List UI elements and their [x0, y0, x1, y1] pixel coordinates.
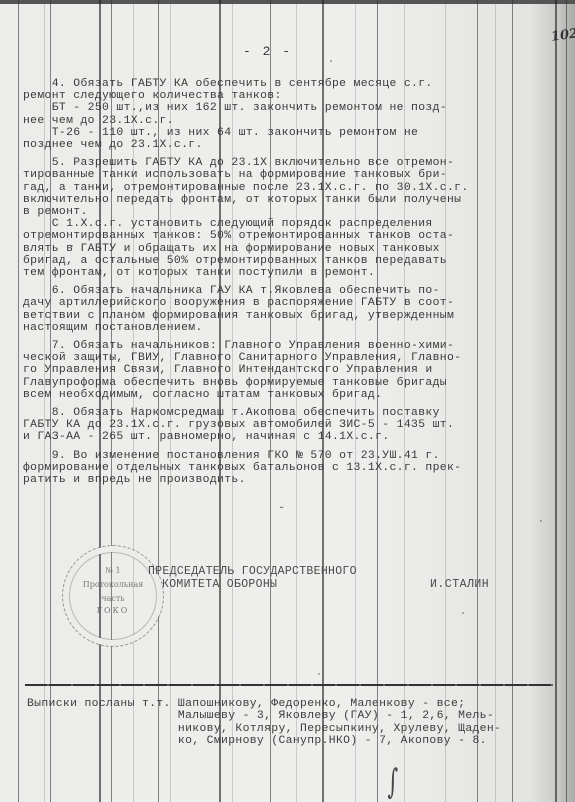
distribution-line: ко, Смирнову (Санупр.НКО) - 7, Акопову -… [27, 735, 501, 747]
scan-speck [318, 673, 320, 675]
text-line: позднее чем до 23.1Х.с.г. [23, 139, 558, 151]
text-line: Главупроформа обеспечить вновь формируем… [23, 377, 558, 389]
handwritten-brace-mark: ∫ [388, 762, 399, 802]
distribution-line: Малышеву - 3, Яковлеву (ГАУ) - 1, 2,6, М… [27, 710, 501, 722]
signer-name: И.СТАЛИН [430, 578, 489, 591]
text-line: ремонт следующего количества танков: [23, 90, 558, 102]
paragraph-p9: 9. Во изменение постановления ГКО № 570 … [23, 450, 558, 487]
text-line: го Управления Связи, Главного Интендантс… [23, 364, 558, 376]
text-line: С 1.Х.с.г. установить следующий порядок … [23, 218, 558, 230]
distribution-line: Выписки посланы т.т. Шапошникову, Федоре… [27, 698, 501, 710]
signature-title-line: КОМИТЕТА ОБОРОНЫ [148, 578, 357, 591]
distribution-line: никову, Котляру, Пересыпкину, Хрулеву, Щ… [27, 723, 501, 735]
paragraph-p8: 8. Обязать Наркомсредмаш т.Акопова обесп… [23, 407, 558, 444]
text-line: включительно передать фронтам, от которы… [23, 194, 558, 206]
text-line: ГАБТУ КА до 23.1Х.с.г. грузовых автомоби… [23, 419, 558, 431]
text-line: и ГАЗ-АА - 265 шт. равномерно, начиная с… [23, 431, 558, 443]
document-page: - 2 - 102 4. Обязать ГАБТУ КА обеспечить… [0, 0, 575, 802]
text-line: 7. Обязать начальников: Главного Управле… [23, 340, 558, 352]
scan-line [18, 0, 19, 802]
text-line: всем необходимым, согласно штатам танков… [23, 389, 558, 401]
scan-speck [540, 520, 542, 522]
paragraph-p5: 5. Разрешить ГАБТУ КА до 23.1Х включител… [23, 157, 558, 218]
signature-title-line: ПРЕДСЕДАТЕЛЬ ГОСУДАРСТВЕННОГО [148, 565, 357, 578]
scan-speck [330, 60, 332, 62]
text-line: 9. Во изменение постановления ГКО № 570 … [23, 450, 558, 462]
stamp-org: ГОКО [63, 606, 163, 615]
text-line: дачу артиллерийского вооружения в распор… [23, 297, 558, 309]
decree-body: 4. Обязать ГАБТУ КА обеспечить в сентябр… [23, 78, 558, 492]
stamp-text: часть [63, 594, 163, 603]
text-line: ческой защиты, ГВИУ, Главного Санитарног… [23, 352, 558, 364]
paragraph-p7: 7. Обязать начальников: Главного Управле… [23, 340, 558, 401]
text-line: тем фронтам, от которых танки поступили … [23, 267, 558, 279]
text-line: бригад, а остальные 50% отремонтированны… [23, 255, 558, 267]
text-line: влять в ГАБТУ и обращать их на формирова… [23, 243, 558, 255]
paragraph-p5b: С 1.Х.с.г. установить следующий порядок … [23, 218, 558, 279]
text-line: тированные танки использовать на формиро… [23, 169, 558, 181]
text-line: Т-26 - 110 шт., из них 64 шт. закончить … [23, 127, 558, 139]
text-line: БТ - 250 шт.,из них 162 шт. закончить ре… [23, 102, 558, 114]
paragraph-p6: 6. Обязать начальника ГАУ КА т.Яковлева … [23, 285, 558, 334]
handwritten-tick-mark: ˘ [278, 505, 285, 519]
text-line: нее чем до 23.1Х.с.г. [23, 115, 558, 127]
scan-line [566, 0, 567, 802]
scan-speck [462, 612, 464, 614]
text-line: отремонтированных танков: 50% отремонтир… [23, 230, 558, 242]
section-divider [25, 684, 553, 686]
text-line: 4. Обязать ГАБТУ КА обеспечить в сентябр… [23, 78, 558, 90]
page-number: - 2 - [243, 44, 292, 59]
signature-title: ПРЕДСЕДАТЕЛЬ ГОСУДАРСТВЕННОГО КОМИТЕТА О… [148, 565, 357, 591]
text-line: формирование отдельных танковых батальон… [23, 462, 558, 474]
text-line: 5. Разрешить ГАБТУ КА до 23.1Х включител… [23, 157, 558, 169]
distribution-list: Выписки посланы т.т. Шапошникову, Федоре… [27, 698, 501, 748]
text-line: гад, а танки, отремонтированные после 23… [23, 182, 558, 194]
text-line: 8. Обязать Наркомсредмаш т.Акопова обесп… [23, 407, 558, 419]
text-line: ратить и впредь не производить. [23, 474, 558, 486]
official-stamp: № 1 Протокольная часть ГОКО [62, 545, 164, 647]
text-line: в ремонт. [23, 206, 558, 218]
scan-top-edge [0, 0, 575, 4]
archive-folio-mark: 102 [550, 26, 575, 45]
text-line: ветствии с планом формирования танковых … [23, 310, 558, 322]
text-line: 6. Обязать начальника ГАУ КА т.Яковлева … [23, 285, 558, 297]
text-line: настоящим постановлением. [23, 322, 558, 334]
paragraph-p4: 4. Обязать ГАБТУ КА обеспечить в сентябр… [23, 78, 558, 151]
